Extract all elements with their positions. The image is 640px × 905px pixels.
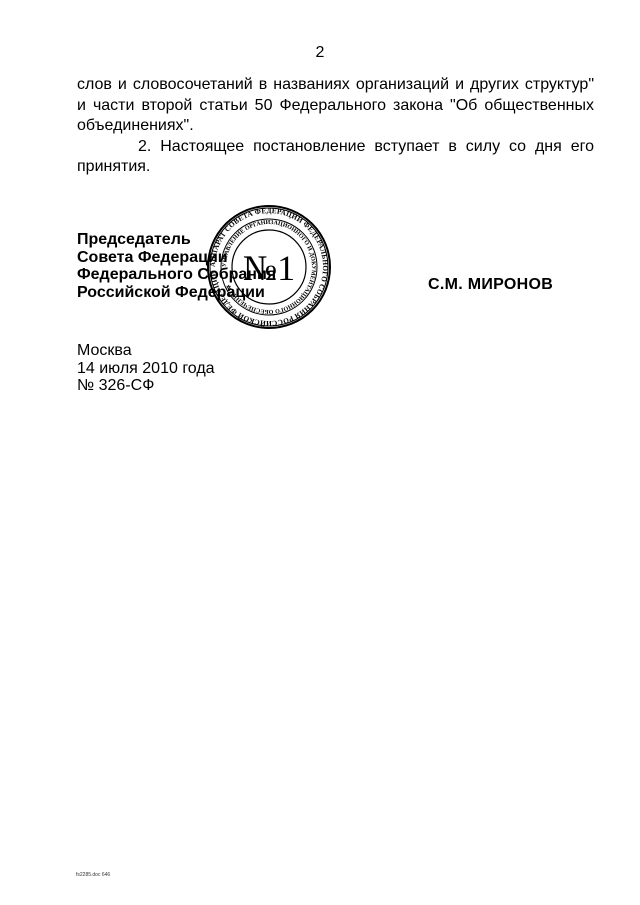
body-text: слов и словосочетаний в названиях органи… [77, 75, 594, 178]
text-line: слов и словосочетаний в названиях органи… [77, 75, 594, 96]
official-stamp: АППАРАТ СОВЕТА ФЕДЕРАЦИИ ФЕДЕРАЛЬНОГО СО… [206, 204, 332, 330]
page-number: 2 [0, 44, 640, 62]
paragraph-2: 2. Настоящее постановление вступает в си… [77, 137, 594, 178]
place-and-date: Москва 14 июля 2010 года № 326-СФ [77, 342, 215, 395]
document-date: 14 июля 2010 года [77, 360, 215, 378]
text-line: 2. Настоящее постановление вступает в си… [77, 137, 594, 158]
signatory-name: С.М. МИРОНОВ [428, 276, 553, 294]
text-line: объединениях". [77, 116, 594, 137]
text-line: принятия. [77, 157, 594, 178]
city: Москва [77, 342, 215, 360]
document-number: № 326-СФ [77, 377, 215, 395]
text-line: и части второй статьи 50 Федерального за… [77, 96, 594, 117]
paragraph-1: слов и словосочетаний в названиях органи… [77, 75, 594, 137]
stamp-number: №1 [243, 248, 295, 288]
file-footer: fs2285.doc 646 [76, 872, 110, 878]
